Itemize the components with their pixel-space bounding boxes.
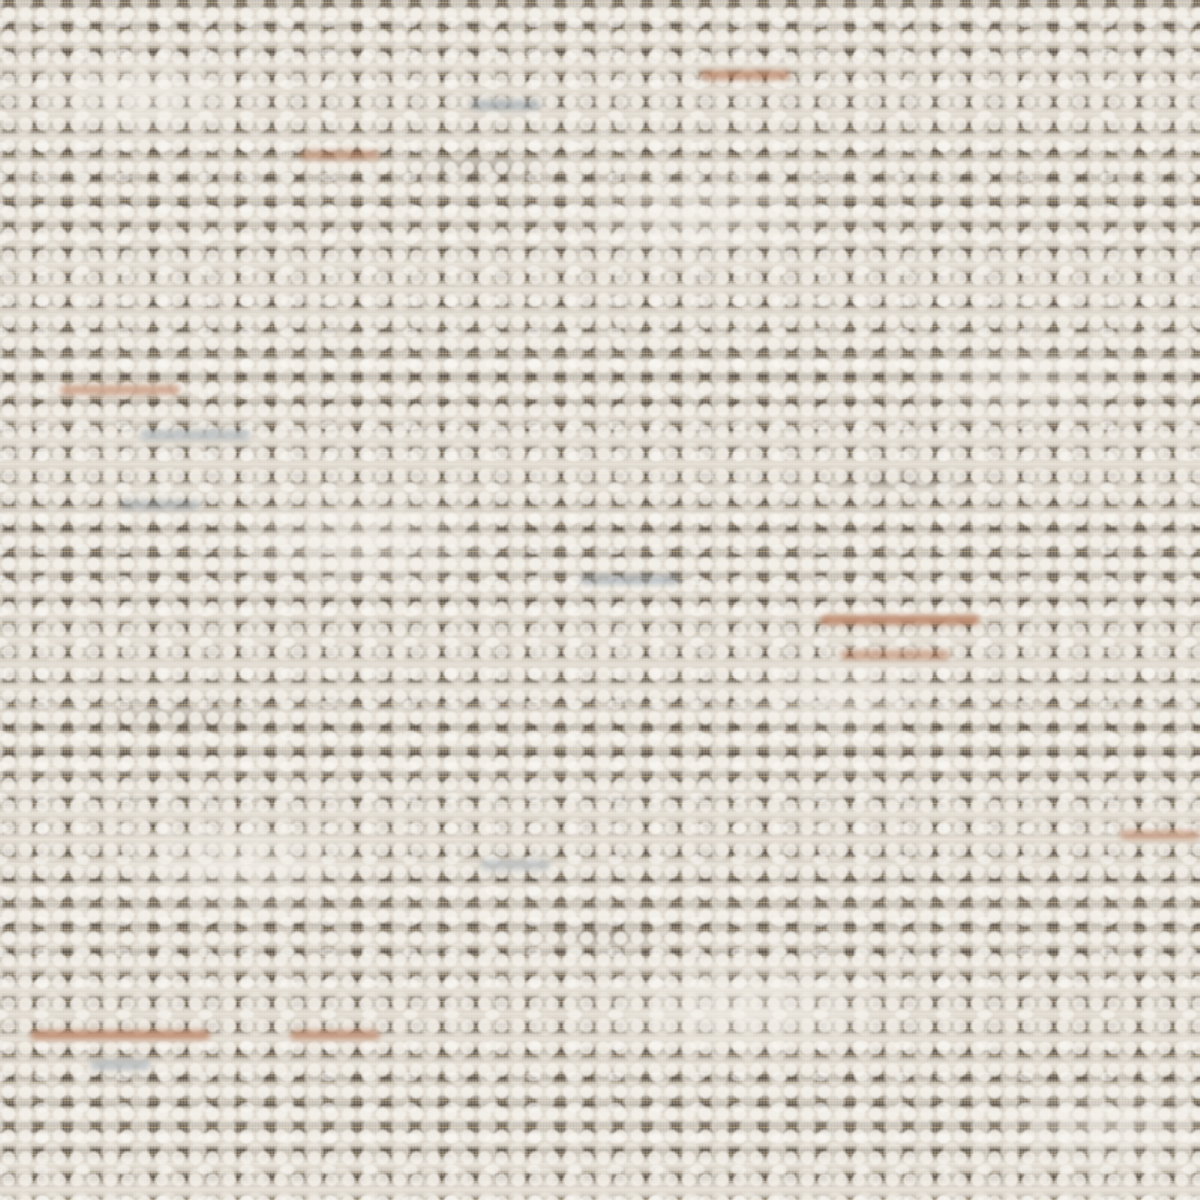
accent-streak: [480, 860, 550, 870]
accent-streak: [580, 575, 680, 585]
accent-streak: [470, 100, 540, 110]
accent-streak: [120, 500, 200, 510]
fabric-texture-photo: [0, 0, 1200, 1200]
accent-streak: [840, 650, 950, 660]
accent-streak: [700, 70, 790, 80]
accent-streak: [290, 1030, 380, 1040]
accent-streak: [140, 430, 250, 440]
accent-streak: [820, 615, 980, 625]
accent-streak: [60, 385, 180, 395]
ivory-clusters: [0, 0, 1200, 1200]
accent-streak: [30, 1030, 210, 1040]
accent-streak: [90, 1060, 150, 1070]
accent-streak: [300, 150, 380, 160]
accent-streak: [1120, 830, 1200, 840]
